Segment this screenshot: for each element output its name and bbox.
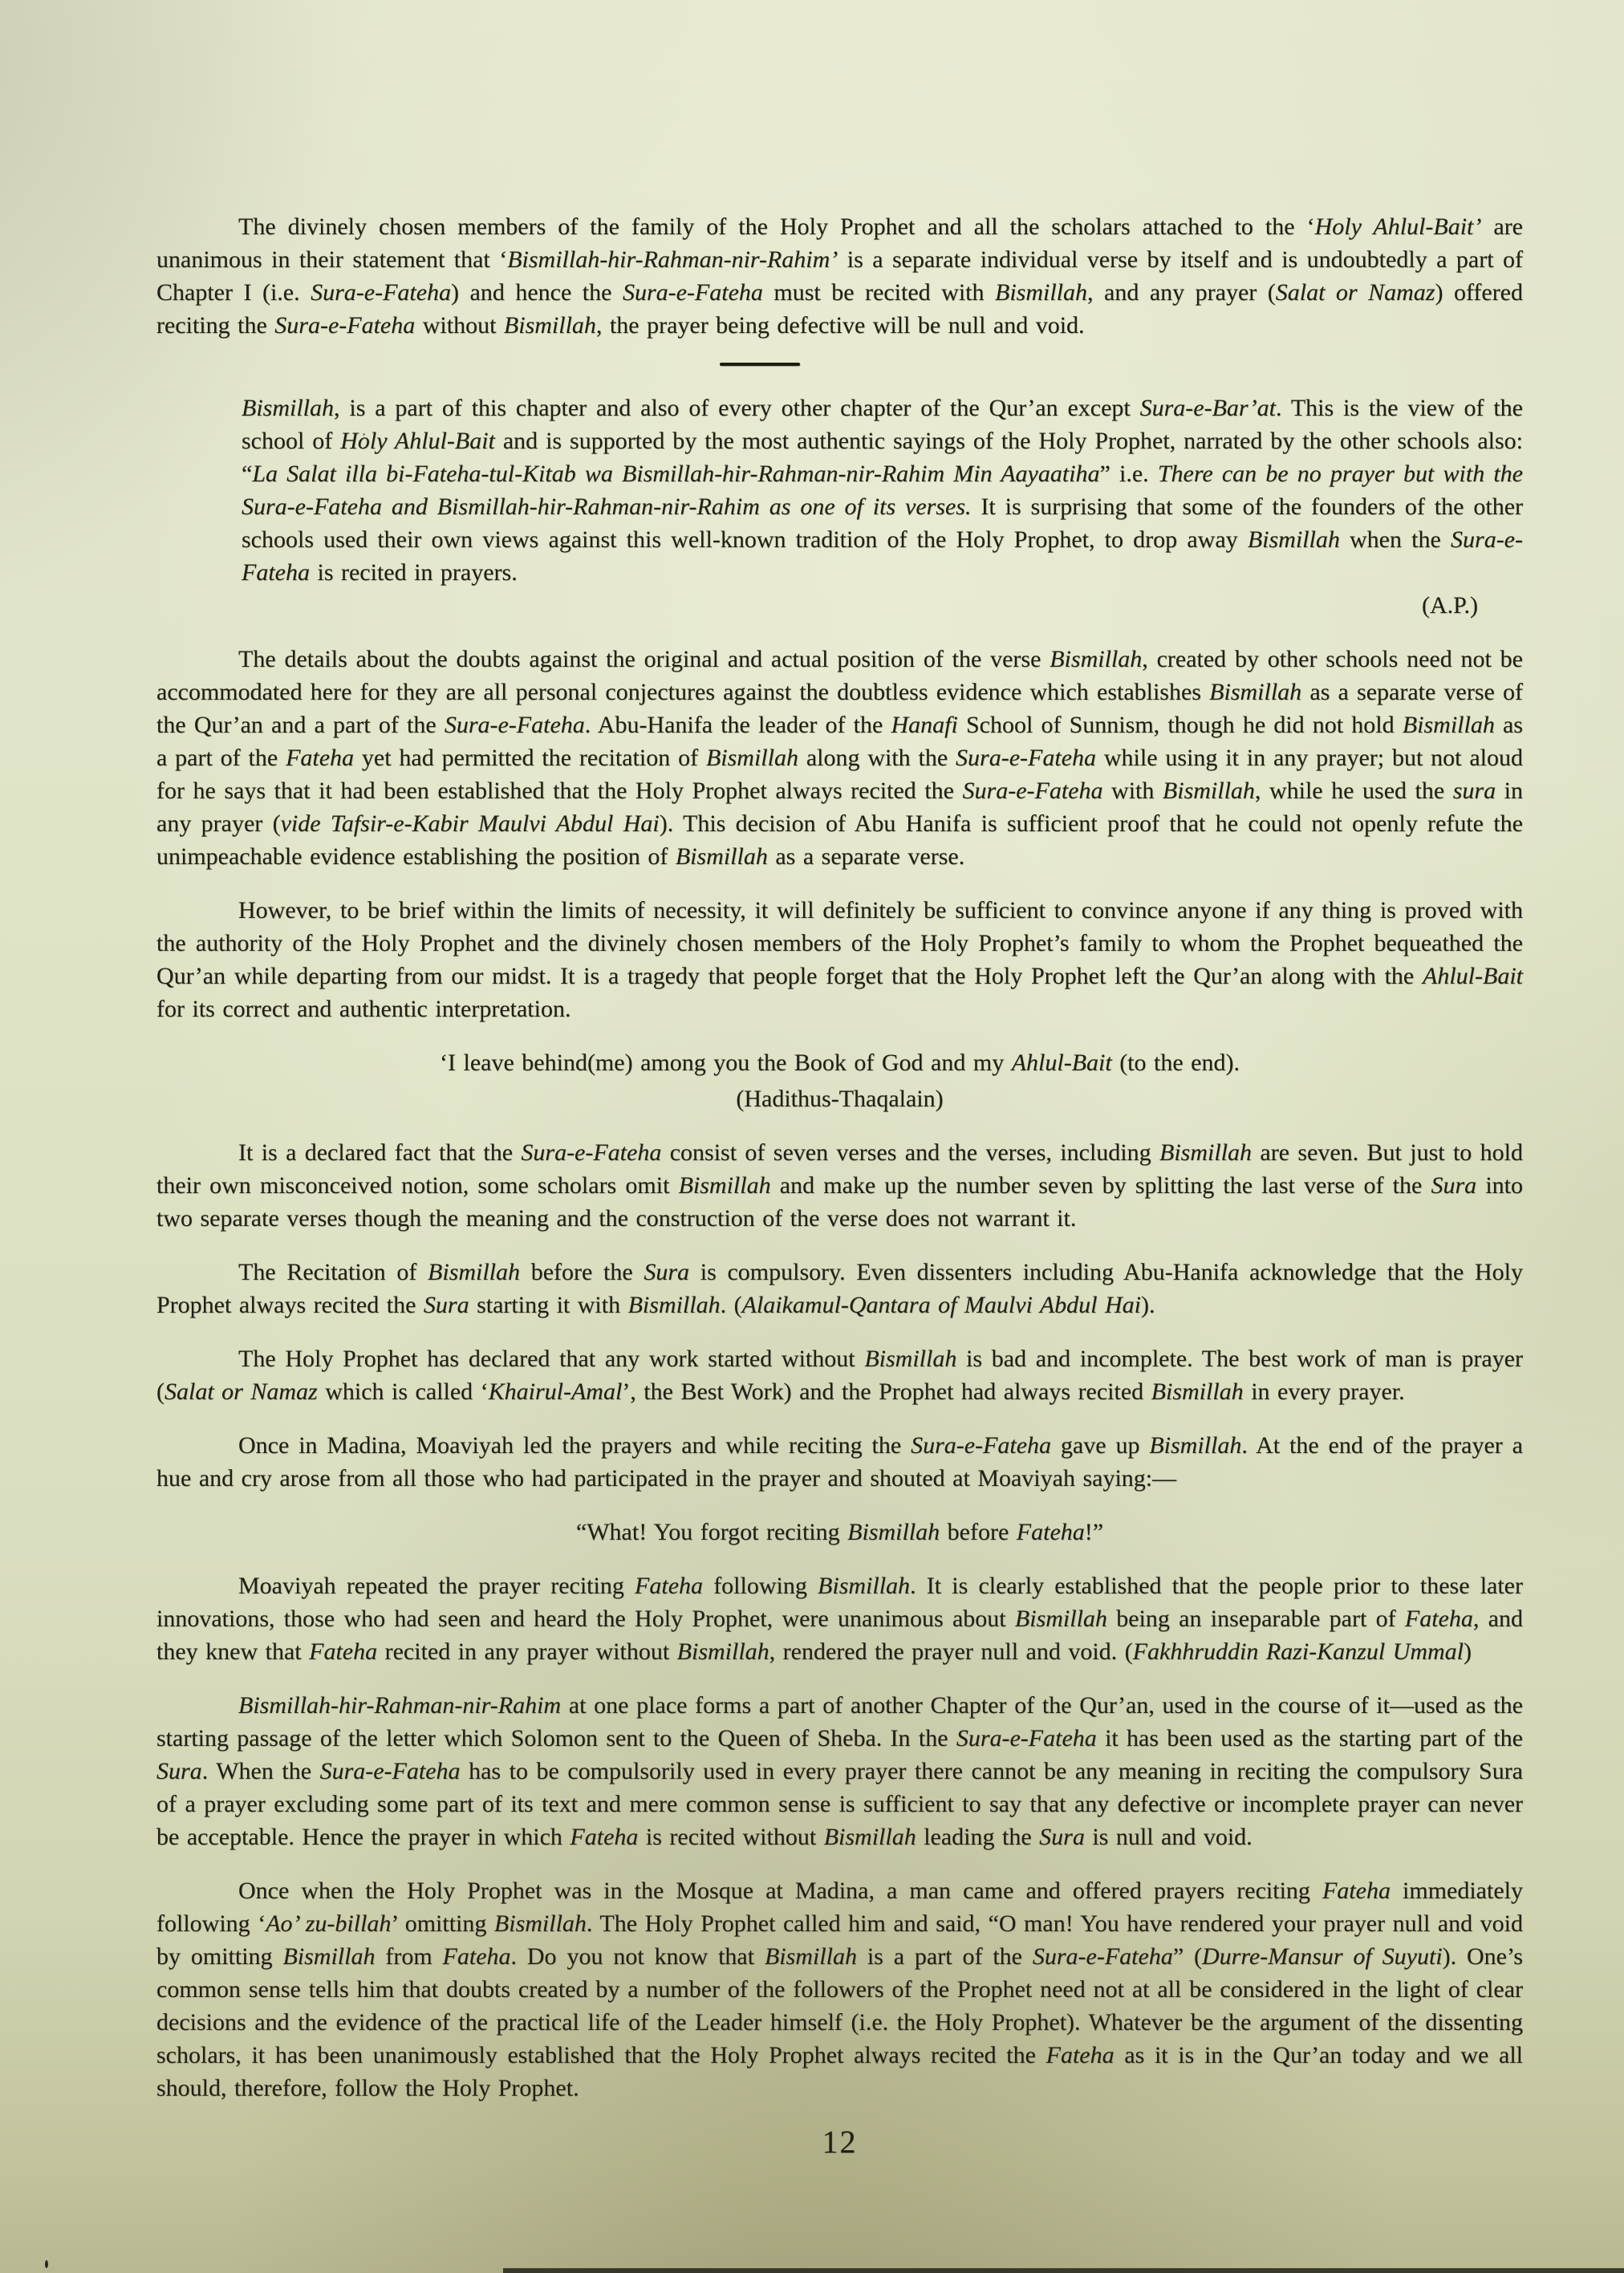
text-run: Moaviyah repeated the prayer reciting: [238, 1573, 635, 1599]
text-run: The Recitation of: [238, 1259, 428, 1285]
italic-term: Fateha: [1405, 1605, 1473, 1632]
italic-term: Bismillah: [677, 1638, 769, 1665]
italic-term: Bismillah: [1163, 777, 1255, 804]
italic-term: Bismillah: [282, 1943, 375, 1970]
view-blockquote: Bismillah, is a part of this chapter and…: [242, 392, 1523, 622]
text-run: following: [703, 1573, 818, 1599]
text-run: The Holy Prophet has declared that any w…: [238, 1346, 864, 1372]
italic-term: Bismillah: [428, 1259, 520, 1285]
text-run: starting it with: [469, 1292, 628, 1318]
text-run: ’, the Best Work) and the Prophet had al…: [622, 1378, 1151, 1405]
italic-term: Bismillah: [1159, 1139, 1252, 1166]
text-run: must be recited with: [763, 279, 995, 306]
text-run: with: [1102, 777, 1162, 804]
text-run: Once when the Holy Prophet was in the Mo…: [238, 1877, 1322, 1904]
text-run: The divinely chosen members of the famil…: [238, 213, 1315, 240]
italic-term: Ahlul-Bait: [1423, 963, 1523, 989]
text-run: ‘I leave behind(me) among you the Book o…: [440, 1049, 1012, 1076]
italic-term: Bismillah: [628, 1292, 721, 1318]
italic-term: Salat or Namaz: [164, 1378, 318, 1405]
italic-term: Bismillah: [242, 395, 334, 421]
italic-term: vide Tafsir-e-Kabir Maulvi Abdul Hai: [281, 810, 660, 837]
italic-term: Bismillah: [1151, 1378, 1244, 1405]
text-run: is a part of the: [857, 1943, 1033, 1970]
text-run: (to the end).: [1112, 1049, 1240, 1076]
italic-term: Fateha: [635, 1573, 703, 1599]
italic-term: Fateha: [443, 1943, 511, 1970]
text-run: However, to be brief within the limits o…: [156, 897, 1523, 989]
text-run: before: [940, 1519, 1017, 1545]
italic-term: Sura-e-Fateha: [320, 1758, 461, 1784]
text-run: ) and hence the: [451, 279, 623, 306]
text-run: before the: [520, 1259, 644, 1285]
italic-term: Bismillah: [679, 1172, 771, 1199]
text-run: which is called ‘: [318, 1378, 489, 1405]
italic-term: Bismillah: [1209, 679, 1301, 705]
italic-term: Bismillah: [1050, 646, 1142, 672]
text-run: it has been used as the starting part of…: [1097, 1725, 1523, 1751]
declared-fact-paragraph: It is a declared fact that the Sura-e-Fa…: [156, 1136, 1523, 1235]
text-run: yet had permitted the recitation of: [354, 745, 706, 771]
document-body: The divinely chosen members of the famil…: [156, 210, 1523, 2158]
italic-term: Bismillah: [1248, 526, 1340, 553]
best-work-paragraph: The Holy Prophet has declared that any w…: [156, 1342, 1523, 1408]
text-run: ): [1464, 1638, 1472, 1665]
text-run: as a separate verse.: [768, 843, 964, 870]
italic-term: Sura-e-Fateha: [1033, 1943, 1173, 1970]
italic-term: Sura: [1039, 1824, 1085, 1850]
italic-term: Sura: [1431, 1172, 1476, 1199]
italic-term: Fateha: [1046, 2042, 1114, 2068]
italic-term: Bismillah: [1403, 712, 1495, 738]
text-run: , rendered the prayer null and void. (: [769, 1638, 1133, 1665]
text-run: The details about the doubts against the…: [238, 646, 1050, 672]
italic-term: Sura-e-Fateha: [963, 777, 1103, 804]
text-run: when the: [1340, 526, 1451, 553]
text-run: is recited in prayers.: [310, 559, 518, 586]
italic-term: Alaikamul-Qantara of Maulvi Abdul Hai: [742, 1292, 1141, 1318]
forgot-quote: “What! You forgot reciting Bismillah bef…: [156, 1516, 1523, 1548]
italic-term: Sura: [644, 1259, 689, 1285]
italic-term: Bismillah: [706, 745, 798, 771]
italic-term: Bismillah: [847, 1519, 940, 1545]
text-run: . When the: [202, 1758, 320, 1784]
italic-term: Ao’ zu-billah: [266, 1910, 391, 1937]
italic-term: Bismillah-hir-Rahman-nir-Rahim’: [507, 246, 838, 273]
italic-term: Fakhhruddin Razi-Kanzul Ummal: [1133, 1638, 1464, 1665]
text-run: Once in Madina, Moaviyah led the prayers…: [238, 1432, 911, 1459]
italic-term: Sura-e-Bar’at: [1140, 395, 1276, 421]
text-run: , while he used the: [1255, 777, 1453, 804]
italic-term: Bismillah: [864, 1346, 956, 1372]
scan-speck: [45, 2260, 48, 2268]
text-run: (Hadithus-Thaqalain): [736, 1086, 943, 1112]
italic-term: Sura-e-Fateha: [956, 745, 1096, 771]
moaviyah-paragraph: Moaviyah repeated the prayer reciting Fa…: [156, 1569, 1523, 1668]
italic-term: Holy Ahlul-Bait: [340, 428, 495, 454]
italic-term: Ahlul-Bait: [1012, 1049, 1112, 1076]
text-run: leading the: [916, 1824, 1039, 1850]
italic-term: Fateha: [1017, 1519, 1085, 1545]
italic-term: Bismillah: [1149, 1432, 1241, 1459]
scan-edge-artifact: [503, 2268, 1624, 2273]
italic-term: Fateha: [1322, 1877, 1391, 1904]
italic-term: Sura-e-Fateha: [311, 279, 451, 306]
italic-term: Holy Ahlul-Bait’: [1315, 213, 1482, 240]
italic-term: Sura: [424, 1292, 469, 1318]
italic-term: Bismillah: [494, 1910, 587, 1937]
text-run: along with the: [798, 745, 956, 771]
text-run: ’ omitting: [391, 1910, 494, 1937]
italic-term: Bismillah: [818, 1573, 910, 1599]
text-run: being an inseparable part of: [1107, 1605, 1405, 1632]
text-run: from: [375, 1943, 442, 1970]
solomon-paragraph: Bismillah-hir-Rahman-nir-Rahim at one pl…: [156, 1689, 1523, 1853]
italic-term: Sura-e-Fateha: [521, 1139, 661, 1166]
italic-term: Fateha: [309, 1638, 377, 1665]
document-page: The divinely chosen members of the famil…: [0, 0, 1624, 2273]
section-divider: [720, 363, 800, 366]
text-run: , the prayer being defective will be nul…: [596, 312, 1085, 339]
text-run: gave up: [1051, 1432, 1149, 1459]
italic-term: Bismillah: [995, 279, 1087, 306]
italic-term: Bismillah: [824, 1824, 916, 1850]
text-run: recited in any prayer without: [377, 1638, 677, 1665]
italic-term: La Salat illa bi-Fateha-tul-Kitab wa Bis…: [252, 461, 1099, 487]
details-paragraph: The details about the doubts against the…: [156, 643, 1523, 873]
italic-term: Sura-e-Fateha: [274, 312, 415, 339]
text-run: consist of seven verses and the verses, …: [661, 1139, 1159, 1166]
mosque-paragraph: Once when the Holy Prophet was in the Mo…: [156, 1874, 1523, 2105]
text-run: for its correct and authentic interpreta…: [156, 996, 570, 1022]
italic-term: Durre-Mansur of Suyuti: [1202, 1943, 1443, 1970]
recitation-paragraph: The Recitation of Bismillah before the S…: [156, 1256, 1523, 1321]
italic-term: Bismillah: [504, 312, 596, 339]
italic-term: Salat or Namaz: [1276, 279, 1435, 306]
text-run: !”: [1085, 1519, 1103, 1545]
text-run: School of Sunnism, though he did not hol…: [958, 712, 1403, 738]
text-run: “What! You forgot reciting: [576, 1519, 847, 1545]
text-run: ” (: [1173, 1943, 1202, 1970]
page-number: 12: [156, 2125, 1523, 2158]
italic-term: Fateha: [570, 1824, 638, 1850]
however-paragraph: However, to be brief within the limits o…: [156, 894, 1523, 1025]
italic-term: Sura-e-Fateha: [445, 712, 585, 738]
italic-term: Khairul-Amal: [489, 1378, 623, 1405]
text-run: . (: [721, 1292, 742, 1318]
italic-term: Bismillah: [1015, 1605, 1107, 1632]
italic-term: Sura-e-Fateha: [956, 1725, 1097, 1751]
hadith-attribution: (Hadithus-Thaqalain): [156, 1082, 1523, 1115]
text-run: without: [415, 312, 504, 339]
italic-term: Bismillah: [765, 1943, 857, 1970]
italic-term: sura: [1453, 777, 1496, 804]
scan-speck: [363, 433, 365, 436]
text-run: ).: [1141, 1292, 1155, 1318]
text-run: , and any prayer (: [1087, 279, 1276, 306]
text-run: ” i.e.: [1100, 461, 1158, 487]
text-run: is recited without: [638, 1824, 823, 1850]
italic-term: Sura-e-Fateha: [911, 1432, 1051, 1459]
text-run: . Do you not know that: [511, 1943, 765, 1970]
hadith-quote: ‘I leave behind(me) among you the Book o…: [156, 1046, 1523, 1079]
madina-paragraph: Once in Madina, Moaviyah led the prayers…: [156, 1429, 1523, 1495]
italic-term: Fateha: [286, 745, 354, 771]
quote-attribution: (A.P.): [242, 589, 1523, 622]
text-run: . Abu-Hanifa the leader of the: [585, 712, 891, 738]
italic-term: Bismillah: [676, 843, 768, 870]
text-run: It is a declared fact that the: [238, 1139, 521, 1166]
text-run: in every prayer.: [1244, 1378, 1405, 1405]
italic-term: Hanafi: [891, 712, 957, 738]
text-run: and make up the number seven by splittin…: [771, 1172, 1431, 1199]
italic-term: Sura-e-Fateha: [623, 279, 763, 306]
text-run: , is a part of this chapter and also of …: [334, 395, 1140, 421]
italic-term: Bismillah-hir-Rahman-nir-Rahim: [238, 1692, 561, 1719]
text-run: is null and void.: [1085, 1824, 1253, 1850]
opening-paragraph: The divinely chosen members of the famil…: [156, 210, 1523, 342]
italic-term: Sura: [156, 1758, 202, 1784]
